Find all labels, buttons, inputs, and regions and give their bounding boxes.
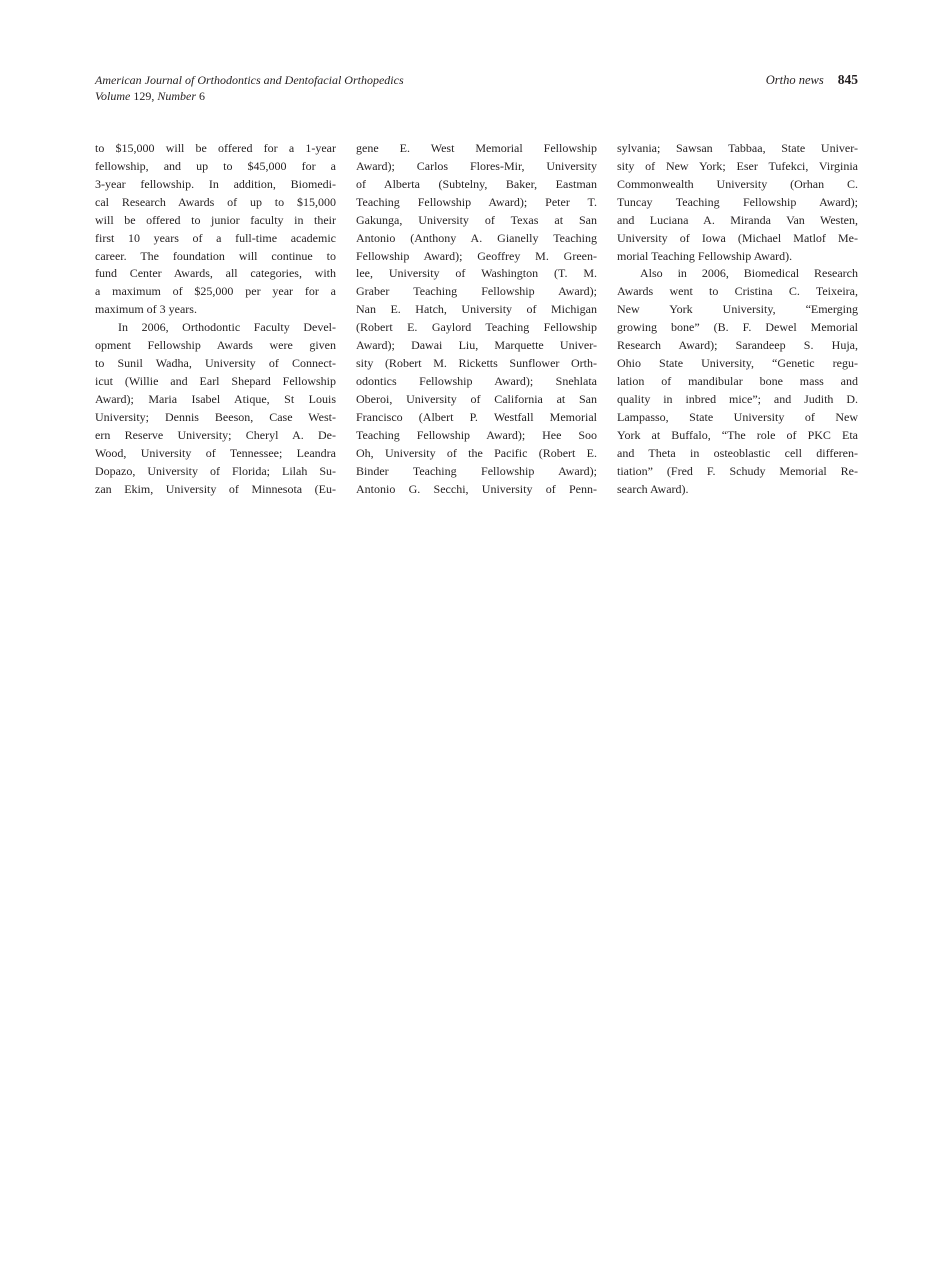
text-line: opment Fellowship Awards were given [95, 337, 336, 355]
text-line: lation of mandibular bone mass and [617, 373, 858, 391]
text-line: fund Center Awards, all categories, with [95, 265, 336, 283]
text-line: Teaching Fellowship Award); Peter T. [356, 194, 597, 212]
text-line: tiation” (Fred F. Schudy Memorial Re- [617, 463, 858, 481]
text-line: sylvania; Sawsan Tabbaa, State Univer- [617, 140, 858, 158]
text-line: York at Buffalo, “The role of PKC Eta [617, 427, 858, 445]
section-title: Ortho news [766, 73, 824, 87]
text-line: of Alberta (Subtelny, Baker, Eastman [356, 176, 597, 194]
journal-title: American Journal of Orthodontics and Den… [95, 72, 404, 88]
text-line: Wood, University of Tennessee; Leandra [95, 445, 336, 463]
text-line: Also in 2006, Biomedical Research [617, 265, 858, 283]
text-line: Graber Teaching Fellowship Award); [356, 283, 597, 301]
text-line: Lampasso, State University of New [617, 409, 858, 427]
text-column: gene E. West Memorial FellowshipAward); … [356, 140, 597, 498]
page-number: 845 [838, 72, 858, 87]
text-line: Nan E. Hatch, University of Michigan [356, 301, 597, 319]
text-line: Gakunga, University of Texas at San [356, 212, 597, 230]
volume-line-part: Volume [95, 89, 133, 103]
text-line: New York University, “Emerging [617, 301, 858, 319]
text-line: Commonwealth University (Orhan C. [617, 176, 858, 194]
page-header: American Journal of Orthodontics and Den… [95, 71, 858, 104]
text-line: to $15,000 will be offered for a 1-year [95, 140, 336, 158]
text-line: Tuncay Teaching Fellowship Award); [617, 194, 858, 212]
text-line: sity (Robert M. Ricketts Sunflower Orth- [356, 355, 597, 373]
text-line: Award); Carlos Flores-Mir, University [356, 158, 597, 176]
text-line: to Sunil Wadha, University of Connect- [95, 355, 336, 373]
text-line: 3-year fellowship. In addition, Biomedi- [95, 176, 336, 194]
text-line: zan Ekim, University of Minnesota (Eu- [95, 481, 336, 499]
text-line: growing bone” (B. F. Dewel Memorial [617, 319, 858, 337]
text-line: morial Teaching Fellowship Award). [617, 248, 858, 266]
text-line: University of Iowa (Michael Matlof Me- [617, 230, 858, 248]
text-column: to $15,000 will be offered for a 1-yearf… [95, 140, 336, 498]
text-line: Research Award); Sarandeep S. Huja, [617, 337, 858, 355]
text-line: ern Reserve University; Cheryl A. De- [95, 427, 336, 445]
text-line: Dopazo, University of Florida; Lilah Su- [95, 463, 336, 481]
text-line: cal Research Awards of up to $15,000 [95, 194, 336, 212]
journal-page: { "page": { "background": "#ffffff", "te… [0, 0, 950, 1272]
text-line: In 2006, Orthodontic Faculty Devel- [95, 319, 336, 337]
text-line: University; Dennis Beeson, Case West- [95, 409, 336, 427]
text-line: sity of New York; Eser Tufekci, Virginia [617, 158, 858, 176]
text-line: Antonio G. Secchi, University of Penn- [356, 481, 597, 499]
journal-identification: American Journal of Orthodontics and Den… [95, 72, 404, 104]
text-line: lee, University of Washington (T. M. [356, 265, 597, 283]
text-line: a maximum of $25,000 per year for a [95, 283, 336, 301]
volume-line-part: 6 [199, 89, 205, 103]
text-line: Award); Maria Isabel Atique, St Louis [95, 391, 336, 409]
text-line: and Theta in osteoblastic cell differen- [617, 445, 858, 463]
text-line: fellowship, and up to $45,000 for a [95, 158, 336, 176]
volume-line-part: Number [157, 89, 199, 103]
text-line: Antonio (Anthony A. Gianelly Teaching [356, 230, 597, 248]
text-line: Francisco (Albert P. Westfall Memorial [356, 409, 597, 427]
running-head: Ortho news845 [766, 71, 858, 89]
text-line: first 10 years of a full-time academic [95, 230, 336, 248]
text-line: will be offered to junior faculty in the… [95, 212, 336, 230]
text-line: Oh, University of the Pacific (Robert E. [356, 445, 597, 463]
text-line: Teaching Fellowship Award); Hee Soo [356, 427, 597, 445]
article-columns: to $15,000 will be offered for a 1-yearf… [95, 140, 858, 498]
text-line: odontics Fellowship Award); Snehlata [356, 373, 597, 391]
text-line: gene E. West Memorial Fellowship [356, 140, 597, 158]
text-line: Award); Dawai Liu, Marquette Univer- [356, 337, 597, 355]
text-line: and Luciana A. Miranda Van Westen, [617, 212, 858, 230]
text-column: sylvania; Sawsan Tabbaa, State Univer-si… [617, 140, 858, 498]
text-line: quality in inbred mice”; and Judith D. [617, 391, 858, 409]
text-line: maximum of 3 years. [95, 301, 336, 319]
text-line: icut (Willie and Earl Shepard Fellowship [95, 373, 336, 391]
text-line: Awards went to Cristina C. Teixeira, [617, 283, 858, 301]
text-line: Ohio State University, “Genetic regu- [617, 355, 858, 373]
volume-line: Volume 129, Number 6 [95, 88, 404, 104]
text-line: (Robert E. Gaylord Teaching Fellowship [356, 319, 597, 337]
text-line: Oberoi, University of California at San [356, 391, 597, 409]
text-line: Fellowship Award); Geoffrey M. Green- [356, 248, 597, 266]
text-line: career. The foundation will continue to [95, 248, 336, 266]
text-line: Binder Teaching Fellowship Award); [356, 463, 597, 481]
text-line: search Award). [617, 481, 858, 499]
volume-line-part: 129, [133, 89, 157, 103]
